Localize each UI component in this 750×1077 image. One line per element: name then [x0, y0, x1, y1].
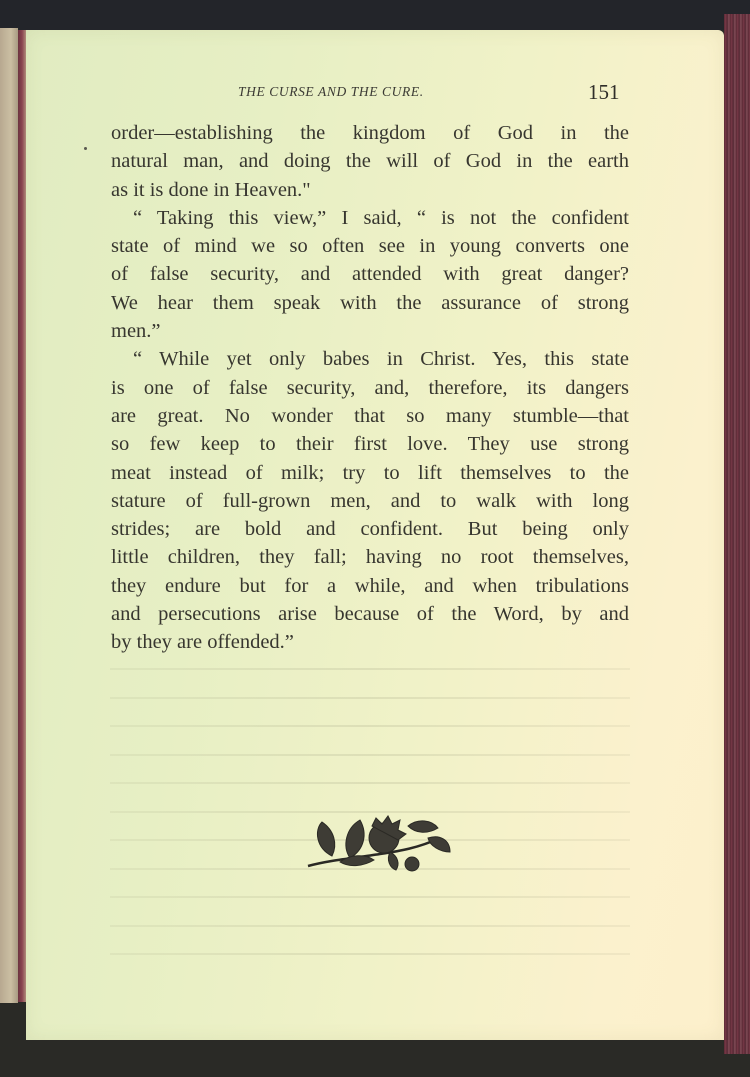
scan-background-top — [0, 0, 750, 30]
text-line: state of mind we so often see in young c… — [111, 232, 629, 260]
text-line: order—establishing the kingdom of God in… — [111, 119, 629, 147]
running-head: THE CURSE AND THE CURE. — [238, 84, 424, 100]
floral-ornament-icon — [300, 808, 460, 876]
text-line: and persecutions arise because of the Wo… — [111, 600, 629, 628]
stray-ink-mark — [84, 147, 87, 150]
right-page-stack-edges — [724, 14, 750, 1054]
text-line: by they are offended.” — [111, 628, 629, 656]
text-line: stature of full-grown men, and to walk w… — [111, 487, 629, 515]
text-line: little children, they fall; having no ro… — [111, 543, 629, 571]
text-line: We hear them speak with the assurance of… — [111, 289, 629, 317]
text-line: of false security, and attended with gre… — [111, 260, 629, 288]
text-line: so few keep to their first love. They us… — [111, 430, 629, 458]
page-number: 151 — [588, 80, 620, 105]
text-line: meat instead of milk; try to lift themse… — [111, 459, 629, 487]
text-line: is one of false security, and, therefore… — [111, 374, 629, 402]
left-page-edge — [18, 30, 26, 1002]
text-line: as it is done in Heaven." — [111, 176, 629, 204]
text-line: “ Taking this view,” I said, “ is not th… — [111, 204, 629, 232]
text-line: they endure but for a while, and when tr… — [111, 572, 629, 600]
body-text: order—establishing the kingdom of God in… — [111, 119, 629, 657]
text-line: men.” — [111, 317, 629, 345]
previous-page-sliver — [0, 28, 18, 1003]
text-line: strides; are bold and confident. But bei… — [111, 515, 629, 543]
text-line: natural man, and doing the will of God i… — [111, 147, 629, 175]
text-line: “ While yet only babes in Christ. Yes, t… — [111, 345, 629, 373]
text-line: are great. No wonder that so many stumbl… — [111, 402, 629, 430]
